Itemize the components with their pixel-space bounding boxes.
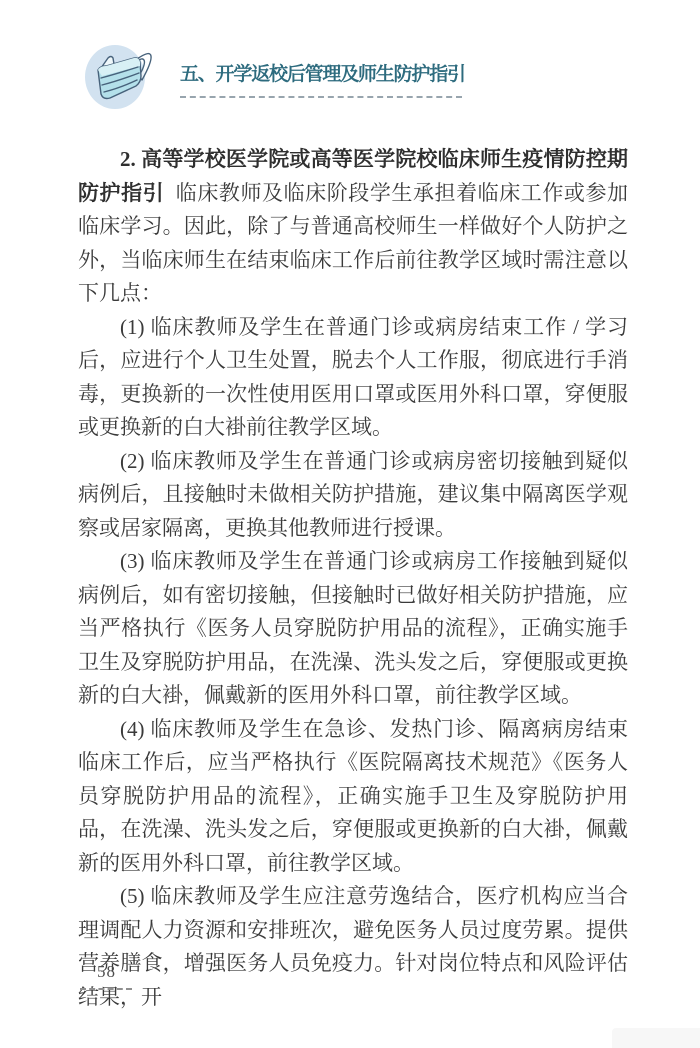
- page-footer: 58: [80, 962, 132, 990]
- list-item: (1) 临床教师及学生在普通门诊或病房结束工作 / 学习后，应进行个人卫生处置，…: [78, 311, 628, 445]
- title-dashed-underline: [180, 96, 462, 98]
- footer-dashed-rule: [80, 988, 132, 990]
- section-paragraph: 2. 高等学校医学院或高等医学院校临床师生疫情防控期防护指引临床教师及临床阶段学…: [78, 143, 628, 311]
- watermark-remnant: [612, 1028, 700, 1048]
- article-body: 2. 高等学校医学院或高等医学院校临床师生疫情防控期防护指引临床教师及临床阶段学…: [78, 143, 628, 1014]
- list-item: (2) 临床教师及学生在普通门诊或病房密切接触到疑似病例后，且接触时未做相关防护…: [78, 445, 628, 546]
- page-number: 58: [97, 962, 132, 982]
- list-item: (3) 临床教师及学生在普通门诊或病房工作接触到疑似病例后，如有密切接触，但接触…: [78, 545, 628, 713]
- chapter-header: 五、开学返校后管理及师生防护指引: [84, 42, 465, 112]
- chapter-title-block: 五、开学返校后管理及师生防护指引: [180, 57, 465, 98]
- list-item: (5) 临床教师及学生应注意劳逸结合，医疗机构应当合理调配人力资源和安排班次，避…: [78, 880, 628, 1014]
- face-mask-icon: [84, 42, 162, 112]
- document-page: 五、开学返校后管理及师生防护指引 2. 高等学校医学院或高等医学院校临床师生疫情…: [0, 0, 700, 1048]
- chapter-title: 五、开学返校后管理及师生防护指引: [180, 63, 465, 87]
- list-item: (4) 临床教师及学生在急诊、发热门诊、隔离病房结束临床工作后，应当严格执行《医…: [78, 713, 628, 881]
